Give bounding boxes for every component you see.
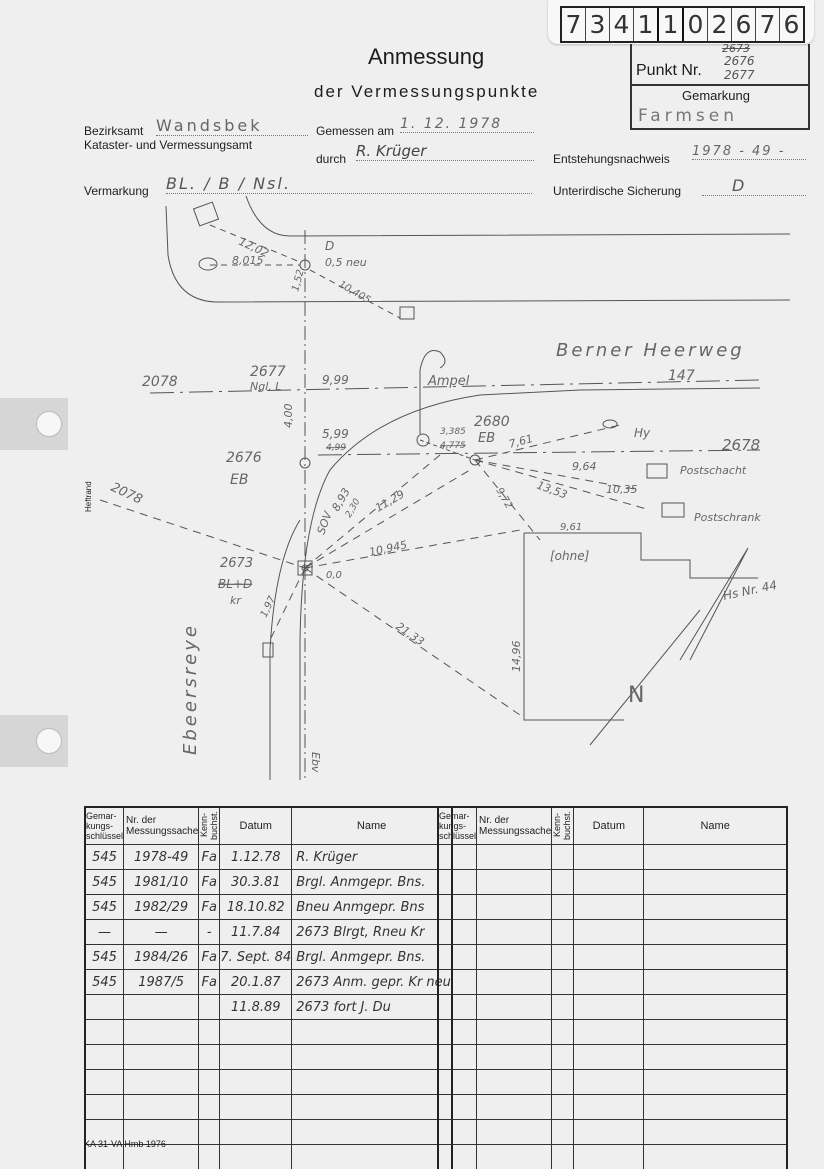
table-row: 5451982/29Fa18.10.82Bneu Anmgepr. Bns [85, 895, 452, 920]
table-row [438, 1145, 787, 1169]
svg-text:2678: 2678 [722, 436, 760, 454]
svg-text:2078: 2078 [142, 374, 178, 390]
table-row [85, 1095, 452, 1120]
table-row [438, 870, 787, 895]
svg-text:8,015: 8,015 [232, 254, 264, 267]
street-main-label: Berner Heerweg [556, 340, 745, 361]
svg-text:4,00: 4,00 [282, 404, 295, 429]
cell-gem [85, 1070, 124, 1095]
empty-cell [552, 895, 574, 920]
cell-gem: 545 [85, 845, 124, 870]
empty-cell [574, 1120, 644, 1145]
svg-text:10,945: 10,945 [368, 538, 408, 559]
svg-text:Ebv: Ebv [309, 752, 322, 773]
svg-text:EB: EB [230, 472, 248, 488]
cell-gem [85, 1045, 124, 1070]
cell-name [292, 1020, 452, 1045]
empty-cell [438, 1120, 477, 1145]
cell-gem [85, 995, 124, 1020]
empty-cell [438, 1045, 477, 1070]
col-datum: Datum [574, 807, 644, 845]
cell-datum: 11.8.89 [220, 995, 292, 1020]
table-row [438, 895, 787, 920]
svg-text:13,53: 13,53 [535, 479, 569, 502]
cell-nr: — [124, 920, 199, 945]
survey-form-page: Heftrand 7341102676 Anmessung der Vermes… [0, 0, 824, 1169]
form-footer: KA 31-VA Hmb 1976 [84, 1139, 166, 1149]
svg-text:Ngl. L: Ngl. L [250, 380, 281, 393]
cell-datum: 20.1.87 [220, 970, 292, 995]
cell-nr: 1987/5 [124, 970, 199, 995]
empty-cell [644, 1095, 787, 1120]
table-row [85, 1045, 452, 1070]
table-row [438, 845, 787, 870]
empty-cell [477, 1145, 552, 1169]
empty-cell [552, 945, 574, 970]
cell-name [292, 1095, 452, 1120]
cell-gem [85, 1020, 124, 1045]
cell-datum [220, 1045, 292, 1070]
cell-gem: 545 [85, 895, 124, 920]
svg-text:D: D [325, 239, 334, 253]
svg-text:9,72: 9,72 [493, 486, 514, 511]
svg-text:4,775: 4,775 [440, 441, 466, 451]
empty-cell [477, 945, 552, 970]
empty-cell [438, 995, 477, 1020]
svg-text:kr: kr [230, 594, 242, 607]
cell-kenn: Fa [199, 945, 220, 970]
empty-cell [477, 920, 552, 945]
svg-text:2677: 2677 [250, 364, 286, 380]
cell-name: R. Krüger [292, 845, 452, 870]
cell-name: Brgl. Anmgepr. Bns. [292, 945, 452, 970]
cell-kenn [199, 1045, 220, 1070]
svg-text:Hy: Hy [634, 426, 651, 440]
empty-cell [574, 845, 644, 870]
cell-nr: 1982/29 [124, 895, 199, 920]
empty-cell [552, 970, 574, 995]
cell-nr [124, 1095, 199, 1120]
cell-kenn [199, 1120, 220, 1145]
cell-nr [124, 995, 199, 1020]
table-row [438, 945, 787, 970]
table-row [438, 1020, 787, 1045]
empty-cell [574, 1045, 644, 1070]
cell-nr [124, 1045, 199, 1070]
table-row [438, 920, 787, 945]
cell-kenn: Fa [199, 895, 220, 920]
svg-text:14,96: 14,96 [510, 641, 523, 673]
svg-text:3,385: 3,385 [440, 427, 466, 437]
empty-cell [477, 1070, 552, 1095]
svg-text:Postschacht: Postschacht [680, 464, 747, 477]
svg-text:9,61: 9,61 [560, 522, 582, 533]
svg-text:9,64: 9,64 [572, 460, 597, 473]
svg-text:2078: 2078 [108, 480, 144, 508]
svg-text:Ampel: Ampel [427, 374, 470, 389]
svg-text:21,33: 21,33 [393, 620, 426, 649]
empty-cell [477, 1120, 552, 1145]
empty-cell [644, 845, 787, 870]
empty-cell [552, 1070, 574, 1095]
cell-name [292, 1145, 452, 1169]
empty-cell [574, 895, 644, 920]
empty-cell [477, 1045, 552, 1070]
cell-nr: 1978-49 [124, 845, 199, 870]
empty-cell [574, 970, 644, 995]
cell-gem [85, 1095, 124, 1120]
table-row [438, 995, 787, 1020]
svg-text:Postschrank: Postschrank [694, 511, 761, 524]
cell-kenn: Fa [199, 970, 220, 995]
table-row [438, 1045, 787, 1070]
empty-cell [438, 1070, 477, 1095]
cell-datum: 11.7.84 [220, 920, 292, 945]
empty-cell [438, 945, 477, 970]
empty-cell [477, 995, 552, 1020]
svg-text:7,61: 7,61 [507, 432, 534, 451]
empty-cell [574, 945, 644, 970]
table-row [85, 1070, 452, 1095]
cell-nr [124, 1020, 199, 1045]
svg-text:4,99: 4,99 [326, 443, 346, 453]
empty-cell [644, 870, 787, 895]
cell-name: 2673 Anm. gepr. Kr neu [292, 970, 452, 995]
cell-nr: 1984/26 [124, 945, 199, 970]
col-kenn: Kenn- buchst. [199, 811, 219, 840]
cell-datum [220, 1020, 292, 1045]
empty-cell [438, 920, 477, 945]
col-name: Name [644, 807, 787, 845]
empty-cell [552, 870, 574, 895]
empty-cell [644, 1045, 787, 1070]
cell-name [292, 1070, 452, 1095]
empty-cell [477, 845, 552, 870]
cell-name: 2673 fort J. Du [292, 995, 452, 1020]
svg-text:EB: EB [478, 431, 495, 446]
cell-name: 2673 Blrgt, Rneu Kr [292, 920, 452, 945]
empty-cell [477, 970, 552, 995]
cell-kenn: Fa [199, 845, 220, 870]
empty-cell [477, 1020, 552, 1045]
empty-cell [477, 1095, 552, 1120]
empty-cell [644, 995, 787, 1020]
table-row: ——-11.7.842673 Blrgt, Rneu Kr [85, 920, 452, 945]
empty-cell [552, 1095, 574, 1120]
empty-cell [574, 995, 644, 1020]
cell-gem: — [85, 920, 124, 945]
svg-text:BL+D: BL+D [218, 577, 252, 591]
empty-cell [438, 1095, 477, 1120]
empty-cell [644, 1120, 787, 1145]
table-row: 11.8.892673 fort J. Du [85, 995, 452, 1020]
empty-cell [552, 1045, 574, 1070]
cell-kenn: Fa [199, 870, 220, 895]
cell-kenn [199, 1070, 220, 1095]
table-row [438, 1120, 787, 1145]
svg-text:2673: 2673 [220, 556, 253, 571]
col-kenn: Kenn- buchst. [552, 811, 572, 840]
table-row [438, 1095, 787, 1120]
table-row [85, 1020, 452, 1045]
table-row [438, 1070, 787, 1095]
empty-cell [552, 1145, 574, 1169]
cell-kenn [199, 1020, 220, 1045]
empty-cell [438, 870, 477, 895]
table-row: 5451981/10Fa30.3.81Brgl. Anmgepr. Bns. [85, 870, 452, 895]
cell-name: Brgl. Anmgepr. Bns. [292, 870, 452, 895]
svg-text:N: N [628, 683, 644, 708]
register-table-right: Gemar- kungs- schlüssel Nr. der Messungs… [437, 806, 788, 1169]
table-row: 5451984/26Fa7. Sept. 84Brgl. Anmgepr. Bn… [85, 945, 452, 970]
empty-cell [477, 870, 552, 895]
col-nr: Nr. der Messungssache [477, 807, 552, 845]
empty-cell [644, 1070, 787, 1095]
empty-cell [574, 1145, 644, 1169]
cell-datum [220, 1120, 292, 1145]
empty-cell [438, 1145, 477, 1169]
empty-cell [574, 870, 644, 895]
cell-name [292, 1120, 452, 1145]
svg-text:SOV: SOV [315, 508, 336, 536]
cell-gem: 545 [85, 870, 124, 895]
col-gemarkung: Gemar- kungs- schlüssel [438, 807, 477, 845]
col-name: Name [292, 807, 452, 845]
col-gemarkung: Gemar- kungs- schlüssel [85, 807, 124, 845]
empty-cell [438, 970, 477, 995]
table-row: 5451987/5Fa20.1.872673 Anm. gepr. Kr neu [85, 970, 452, 995]
cell-datum [220, 1095, 292, 1120]
cell-datum: 1.12.78 [220, 845, 292, 870]
cell-kenn [199, 1145, 220, 1169]
cell-kenn [199, 1095, 220, 1120]
empty-cell [438, 895, 477, 920]
register-table-left: Gemar- kungs- schlüssel Nr. der Messungs… [84, 806, 453, 1169]
cell-datum: 30.3.81 [220, 870, 292, 895]
cell-datum: 18.10.82 [220, 895, 292, 920]
empty-cell [644, 1145, 787, 1169]
empty-cell [438, 1020, 477, 1045]
empty-cell [644, 895, 787, 920]
empty-cell [552, 1020, 574, 1045]
survey-sketch: Berner Heerweg Ebeersreye 2677 Ngl. L 26… [0, 0, 824, 800]
svg-text:1,52: 1,52 [290, 268, 306, 292]
cell-kenn [199, 995, 220, 1020]
cell-datum: 7. Sept. 84 [220, 945, 292, 970]
svg-text:9,99: 9,99 [322, 373, 349, 387]
svg-text:147: 147 [668, 368, 695, 384]
cell-name [292, 1045, 452, 1070]
cell-kenn: - [199, 920, 220, 945]
col-nr: Nr. der Messungssache [124, 807, 199, 845]
cell-gem: 545 [85, 970, 124, 995]
svg-text:0,0: 0,0 [326, 570, 342, 581]
svg-text:5,99: 5,99 [322, 427, 349, 441]
table-row [438, 970, 787, 995]
cell-nr [124, 1070, 199, 1095]
empty-cell [552, 995, 574, 1020]
empty-cell [574, 920, 644, 945]
empty-cell [574, 1095, 644, 1120]
empty-cell [644, 970, 787, 995]
cell-gem: 545 [85, 945, 124, 970]
svg-text:10,35: 10,35 [606, 483, 638, 496]
empty-cell [644, 920, 787, 945]
svg-text:[ohne]: [ohne] [550, 549, 590, 563]
empty-cell [644, 1020, 787, 1045]
empty-cell [574, 1020, 644, 1045]
empty-cell [552, 920, 574, 945]
empty-cell [477, 895, 552, 920]
empty-cell [438, 845, 477, 870]
street-side-label: Ebeersreye [180, 623, 201, 755]
empty-cell [552, 845, 574, 870]
col-datum: Datum [220, 807, 292, 845]
cell-datum [220, 1145, 292, 1169]
svg-text:2680: 2680 [474, 414, 510, 430]
svg-text:0,5 neu: 0,5 neu [325, 256, 367, 269]
cell-nr: 1981/10 [124, 870, 199, 895]
empty-cell [552, 1120, 574, 1145]
empty-cell [644, 945, 787, 970]
cell-name: Bneu Anmgepr. Bns [292, 895, 452, 920]
cell-datum [220, 1070, 292, 1095]
empty-cell [574, 1070, 644, 1095]
table-row: 5451978-49Fa1.12.78R. Krüger [85, 845, 452, 870]
svg-text:2676: 2676 [226, 450, 262, 466]
